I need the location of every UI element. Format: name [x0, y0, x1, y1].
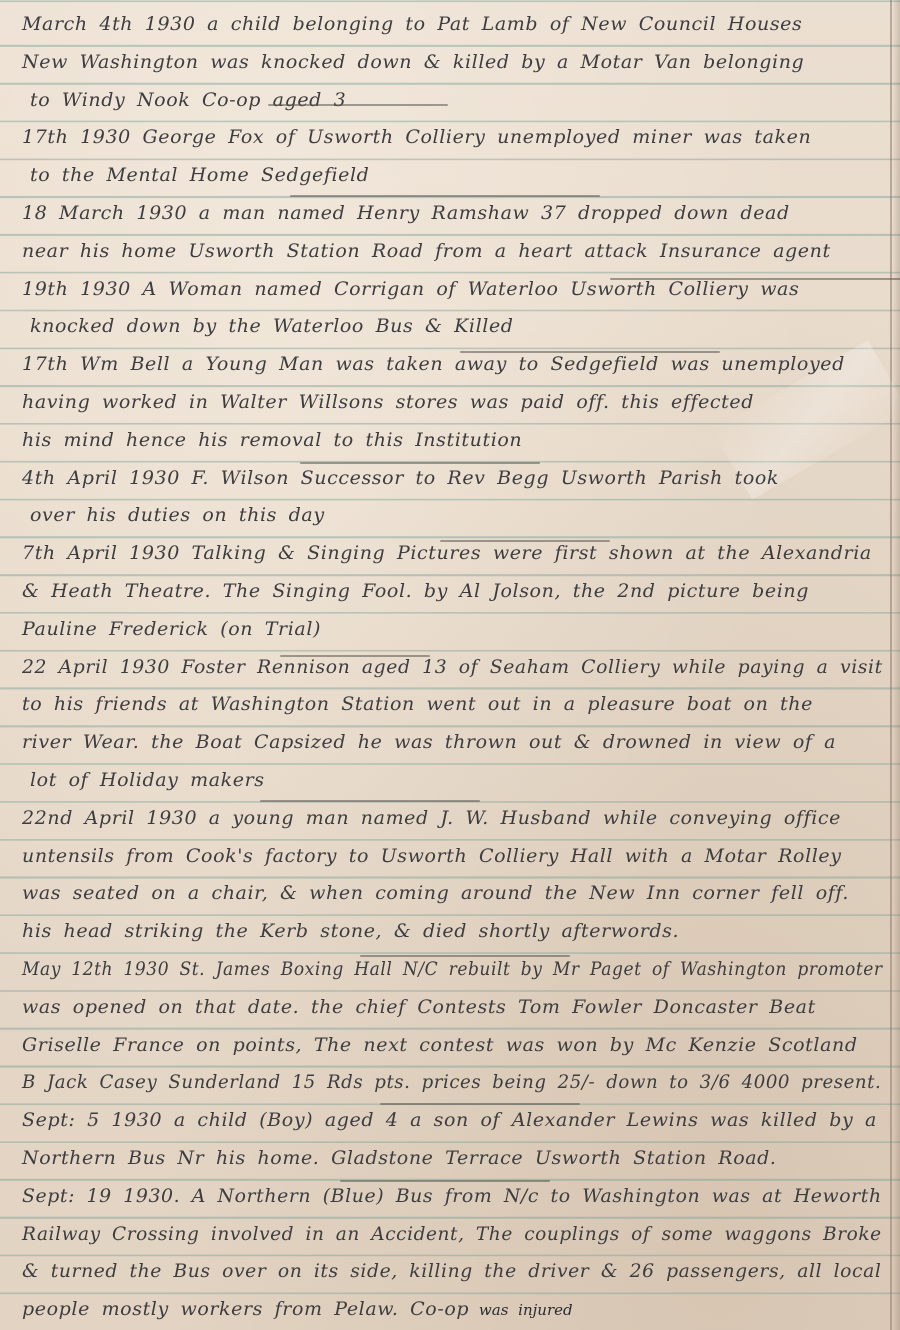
entry-line-dated: 18 March 1930 a man named Henry Ramshaw …	[22, 195, 882, 233]
entry-text: near his home Usworth Station Road from …	[22, 240, 831, 262]
entry-text: river Wear. the Boat Capsized he was thr…	[22, 731, 836, 753]
entry-line-dated: 17th Wm Bell a Young Man was taken away …	[22, 346, 882, 384]
entry-line: was seated on a chair, & when coming aro…	[22, 875, 882, 913]
entry-line: Railway Crossing involved in an Accident…	[22, 1216, 860, 1254]
entry-line: to his friends at Washington Station wen…	[22, 686, 882, 724]
entry-line: & turned the Bus over on its side, killi…	[22, 1253, 870, 1291]
entry-line: over his duties on this day	[30, 497, 882, 535]
entry-text: lot of Holiday makers	[30, 769, 265, 791]
pencil-note: was injured	[469, 1301, 572, 1319]
entry-separator-stroke	[260, 800, 480, 802]
entry-text: 4th April 1930 F. Wilson Successor to Re…	[22, 467, 779, 489]
entry-line-dated: March 4th 1930 a child belonging to Pat …	[22, 6, 882, 44]
entry-separator-stroke	[360, 955, 570, 957]
entry-line-dated: 22 April 1930 Foster Rennison aged 13 of…	[22, 649, 873, 687]
entry-line: having worked in Walter Willsons stores …	[22, 384, 882, 422]
entry-line: Northern Bus Nr his home. Gladstone Terr…	[22, 1140, 882, 1178]
entry-line: untensils from Cook's factory to Usworth…	[22, 838, 882, 876]
entry-line-dated: 19th 1930 A Woman named Corrigan of Wate…	[22, 271, 882, 309]
entry-line: to Windy Nook Co-op aged 3	[30, 82, 882, 120]
entry-line-dated: 17th 1930 George Fox of Usworth Colliery…	[22, 119, 882, 157]
entry-text: Sept: 5 1930 a child (Boy) aged 4 a son …	[22, 1109, 877, 1131]
entry-text: to the Mental Home Sedgefield	[30, 164, 369, 186]
entry-text: & turned the Bus over on its side, killi…	[22, 1260, 881, 1282]
page-edge-shadow	[892, 0, 900, 1330]
entry-separator-stroke	[440, 540, 610, 542]
entry-text: to Windy Nook Co-op aged 3	[30, 89, 346, 111]
entry-text: knocked down by the Waterloo Bus & Kille…	[30, 315, 514, 337]
entry-separator-stroke	[380, 1103, 580, 1105]
entry-text: Sept: 19 1930. A Northern (Blue) Bus fro…	[22, 1185, 882, 1207]
entry-text: March 4th 1930 a child belonging to Pat …	[22, 13, 802, 35]
entry-line: his head striking the Kerb stone, & died…	[22, 913, 882, 951]
entry-text: 7th April 1930 Talking & Singing Picture…	[22, 542, 872, 564]
entry-text: & Heath Theatre. The Singing Fool. by Al…	[22, 580, 809, 602]
entry-line: was opened on that date. the chief Conte…	[22, 989, 882, 1027]
entry-line: near his home Usworth Station Road from …	[22, 233, 882, 271]
entry-text: 22nd April 1930 a young man named J. W. …	[22, 807, 841, 829]
entry-line: Pauline Frederick (on Trial)	[22, 611, 882, 649]
entry-line: & Heath Theatre. The Singing Fool. by Al…	[22, 573, 882, 611]
entry-line: lot of Holiday makers	[30, 762, 882, 800]
entry-separator-stroke	[300, 462, 540, 464]
entry-text: B Jack Casey Sunderland 15 Rds pts. pric…	[22, 1071, 881, 1093]
entry-line-dated: Sept: 19 1930. A Northern (Blue) Bus fro…	[22, 1178, 875, 1216]
entry-text: 22 April 1930 Foster Rennison aged 13 of…	[22, 656, 883, 678]
entry-text: was opened on that date. the chief Conte…	[22, 996, 816, 1018]
entry-text: New Washington was knocked down & killed…	[22, 51, 804, 73]
entry-separator-stroke	[340, 1180, 550, 1182]
entry-line-dated: Sept: 5 1930 a child (Boy) aged 4 a son …	[22, 1102, 882, 1140]
entry-text: over his duties on this day	[30, 504, 325, 526]
entry-line: New Washington was knocked down & killed…	[22, 44, 882, 82]
entry-text: 18 March 1930 a man named Henry Ramshaw …	[22, 202, 790, 224]
entry-text: Pauline Frederick (on Trial)	[22, 618, 321, 640]
entry-line: Griselle France on points, The next cont…	[22, 1027, 882, 1065]
entry-text: 17th 1930 George Fox of Usworth Colliery…	[22, 126, 811, 148]
entry-separator-stroke	[268, 104, 448, 106]
entry-line-dated: 4th April 1930 F. Wilson Successor to Re…	[22, 460, 882, 498]
entry-separator-stroke	[290, 195, 600, 197]
entry-line: people mostly workers from Pelaw. Co-op …	[22, 1291, 882, 1329]
entry-text: was seated on a chair, & when coming aro…	[22, 882, 849, 904]
entry-text: people mostly workers from Pelaw. Co-op	[22, 1298, 469, 1320]
entry-separator-stroke	[460, 351, 720, 353]
entry-text: Railway Crossing involved in an Accident…	[22, 1223, 882, 1245]
entry-line: to the Mental Home Sedgefield	[30, 157, 882, 195]
ledger-page: March 4th 1930 a child belonging to Pat …	[0, 0, 900, 1330]
entry-text: Northern Bus Nr his home. Gladstone Terr…	[22, 1147, 777, 1169]
entry-text: untensils from Cook's factory to Usworth…	[22, 845, 842, 867]
entry-separator-stroke	[280, 655, 430, 657]
entry-line: river Wear. the Boat Capsized he was thr…	[22, 724, 882, 762]
entry-text: his mind hence his removal to this Insti…	[22, 429, 522, 451]
entry-line: B Jack Casey Sunderland 15 Rds pts. pric…	[22, 1064, 842, 1102]
entry-separator-stroke	[610, 278, 900, 280]
entry-text: to his friends at Washington Station wen…	[22, 693, 813, 715]
entry-text: his head striking the Kerb stone, & died…	[22, 920, 679, 942]
entry-line: his mind hence his removal to this Insti…	[22, 422, 882, 460]
entry-text: 17th Wm Bell a Young Man was taken away …	[22, 353, 845, 375]
entry-text: 19th 1930 A Woman named Corrigan of Wate…	[22, 278, 799, 300]
entry-text: having worked in Walter Willsons stores …	[22, 391, 754, 413]
entry-line: knocked down by the Waterloo Bus & Kille…	[30, 308, 882, 346]
entry-text: May 12th 1930 St. James Boxing Hall N/C …	[22, 958, 883, 980]
entry-text: Griselle France on points, The next cont…	[22, 1034, 858, 1056]
entry-line-dated: 22nd April 1930 a young man named J. W. …	[22, 800, 882, 838]
